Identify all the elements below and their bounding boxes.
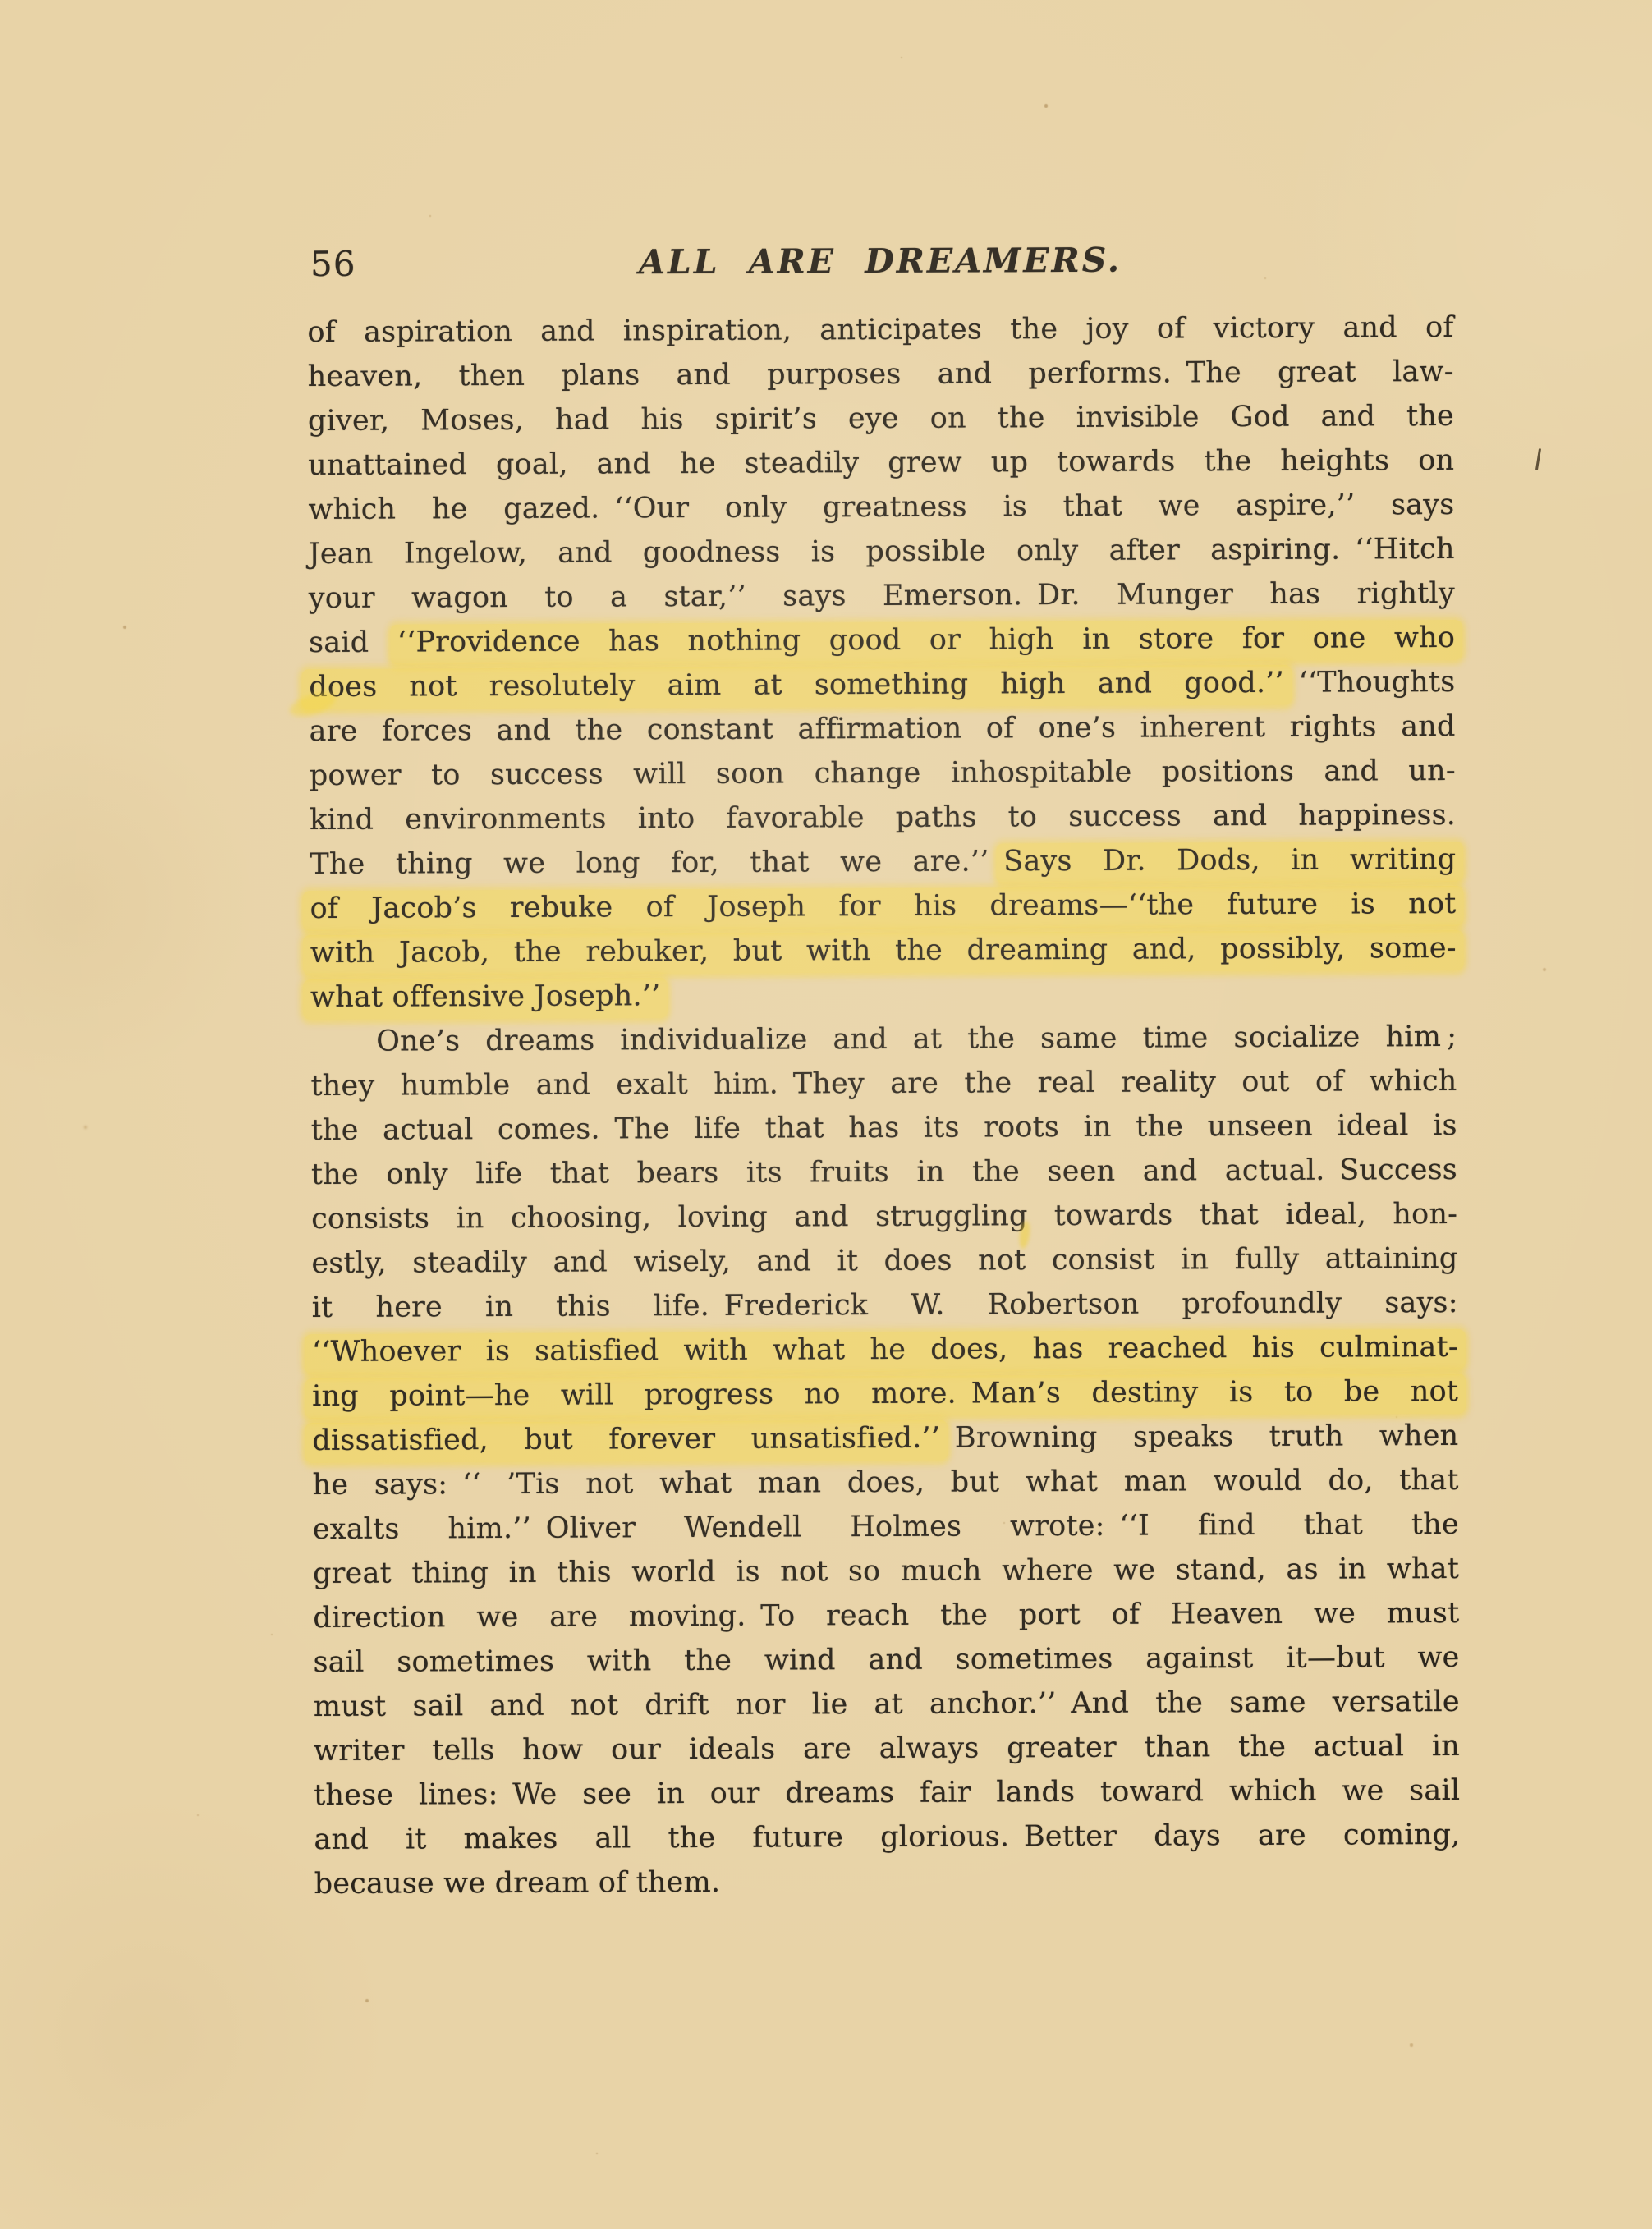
highlighted-text: dissatisfied, but forever unsatisfied.’’: [305, 1420, 948, 1463]
text-line: consists in choosing, loving and struggl…: [311, 1192, 1457, 1241]
text-line: ing point—he will progress no more. Man’…: [312, 1369, 1458, 1419]
text-line: dissatisfied, but forever unsatisfied.’’…: [312, 1414, 1458, 1463]
text-line: these lines: We see in our dreams fair l…: [314, 1768, 1460, 1818]
text-line: power to success will soon change inhosp…: [310, 749, 1456, 798]
text-line: unattained goal, and he steadily grew up…: [308, 438, 1454, 488]
text-line: it here in this life. Frederick W. Rober…: [312, 1281, 1458, 1330]
text-segment: estly, steadily and wisely, and it does …: [311, 1242, 1457, 1280]
text-segment: which he gazed. ‘‘Our only greatness is …: [308, 488, 1454, 526]
highlighted-text: ing point—he will progress no more. Man’…: [305, 1374, 1466, 1419]
text-segment: consists in choosing, loving and struggl…: [311, 1198, 1457, 1236]
text-line: your wagon to a star,’’ says Emerson. Dr…: [309, 571, 1455, 621]
text-segment: ‘‘Thoughts: [1284, 666, 1456, 699]
text-segment: it here in this life. Frederick W. Rober…: [312, 1286, 1458, 1324]
text-segment: they humble and exalt him. They are the …: [310, 1065, 1457, 1103]
text-segment: must sail and not drift nor lie at ancho…: [314, 1686, 1460, 1723]
text-line: estly, steadily and wisely, and it does …: [311, 1236, 1457, 1286]
text-line: The thing we long for, that we are.’’ Sa…: [310, 837, 1456, 887]
page-header: 56 ALL ARE DREAMERS.: [307, 240, 1453, 282]
page-title: ALL ARE DREAMERS.: [307, 240, 1453, 282]
text-line: the only life that bears its fruits in t…: [311, 1148, 1457, 1197]
text-line: heaven, then plans and purposes and perf…: [308, 350, 1454, 399]
text-segment: The thing we long for, that we are.’’: [310, 845, 1003, 881]
text-segment: heaven, then plans and purposes and perf…: [308, 355, 1454, 393]
text-segment: power to success will soon change inhosp…: [310, 754, 1456, 792]
text-block: of aspiration and inspiration, anticipat…: [307, 305, 1460, 1906]
text-line: giver, Moses, had his spirit’s eye on th…: [308, 394, 1454, 443]
page-content: 56 ALL ARE DREAMERS. of aspiration and i…: [307, 240, 1461, 1906]
text-segment: your wagon to a star,’’ says Emerson. Dr…: [309, 577, 1455, 615]
text-line: with Jacob, the rebuker, but with the dr…: [310, 926, 1457, 975]
text-segment: writer tells how our ideals are always g…: [314, 1730, 1460, 1768]
text-line: writer tells how our ideals are always g…: [314, 1724, 1460, 1773]
text-line: because we dream of them.: [314, 1857, 1461, 1906]
text-line: and it makes all the future glorious. Be…: [314, 1813, 1460, 1862]
text-line: exalts him.’’ Oliver Wendell Holmes wrot…: [313, 1502, 1459, 1552]
text-line: said ‘‘Providence has nothing good or hi…: [309, 616, 1455, 665]
text-segment: Browning speaks truth when: [940, 1419, 1458, 1455]
highlighted-text: what offensive Joseph.’’: [303, 978, 668, 1020]
text-segment: said: [309, 626, 397, 659]
text-segment: because we dream of them.: [314, 1866, 721, 1901]
highlighted-text: with Jacob, the rebuker, but with the dr…: [303, 930, 1464, 975]
text-segment: and it makes all the future glorious. Be…: [314, 1819, 1460, 1856]
text-line: ‘‘Whoever is satisfied with what he does…: [312, 1325, 1458, 1374]
text-segment: of aspiration and inspiration, anticipat…: [307, 311, 1453, 349]
text-line: kind environments into favorable paths t…: [310, 793, 1456, 842]
text-line: of aspiration and inspiration, anticipat…: [307, 305, 1453, 355]
text-segment: are forces and the constant affirmation …: [310, 710, 1456, 748]
highlighted-text: of Jacob’s rebuke of Joseph for his drea…: [302, 886, 1463, 931]
text-segment: exalts him.’’ Oliver Wendell Holmes wrot…: [313, 1508, 1459, 1546]
page-number: 56: [310, 246, 356, 282]
text-segment: direction we are moving. To reach the po…: [313, 1597, 1459, 1635]
text-segment: the only life that bears its fruits in t…: [311, 1153, 1457, 1191]
text-segment: these lines: We see in our dreams fair l…: [314, 1774, 1460, 1812]
highlighted-text: ‘‘Whoever is satisfied with what he does…: [305, 1329, 1466, 1374]
text-line: are forces and the constant affirmation …: [309, 704, 1455, 754]
text-line: One’s dreams individualize and at the sa…: [310, 1015, 1457, 1064]
text-line: does not resolutely aim at something hig…: [309, 660, 1455, 709]
text-line: sail sometimes with the wind and sometim…: [313, 1635, 1459, 1685]
text-line: must sail and not drift nor lie at ancho…: [314, 1680, 1460, 1729]
highlighted-text: Says Dr. Dods, in writing: [996, 842, 1463, 883]
paper-specks: [0, 0, 2, 2]
text-segment: great thing in this world is not so much…: [313, 1553, 1459, 1590]
text-line: great thing in this world is not so much…: [313, 1547, 1459, 1596]
text-line: what offensive Joseph.’’: [310, 970, 1457, 1020]
text-segment: the actual comes. The life that has its …: [311, 1109, 1457, 1147]
text-line: which he gazed. ‘‘Our only greatness is …: [308, 483, 1454, 532]
text-segment: One’s dreams individualize and at the sa…: [376, 1020, 1457, 1058]
highlighted-text: ‘‘Providence has nothing good or high in…: [390, 620, 1463, 665]
text-segment: unattained goal, and he steadily grew up…: [308, 444, 1454, 482]
text-segment: kind environments into favorable paths t…: [310, 799, 1456, 837]
text-segment: he says: ‘‘ ’Tis not what man does, but …: [313, 1464, 1459, 1502]
margin-ink-mark: [1535, 448, 1541, 470]
text-line: direction we are moving. To reach the po…: [313, 1591, 1459, 1640]
book-page: 56 ALL ARE DREAMERS. of aspiration and i…: [0, 0, 1652, 2229]
text-line: he says: ‘‘ ’Tis not what man does, but …: [312, 1458, 1458, 1507]
text-segment: giver, Moses, had his spirit’s eye on th…: [308, 400, 1454, 438]
text-line: the actual comes. The life that has its …: [311, 1103, 1457, 1153]
text-line: of Jacob’s rebuke of Joseph for his drea…: [310, 882, 1456, 931]
text-segment: sail sometimes with the wind and sometim…: [313, 1641, 1459, 1679]
text-line: Jean Ingelow, and goodness is possible o…: [309, 527, 1455, 576]
highlighted-text: does not resolutely aim at something hig…: [301, 665, 1292, 709]
text-line: they humble and exalt him. They are the …: [310, 1059, 1457, 1108]
text-segment: Jean Ingelow, and goodness is possible o…: [309, 533, 1455, 571]
